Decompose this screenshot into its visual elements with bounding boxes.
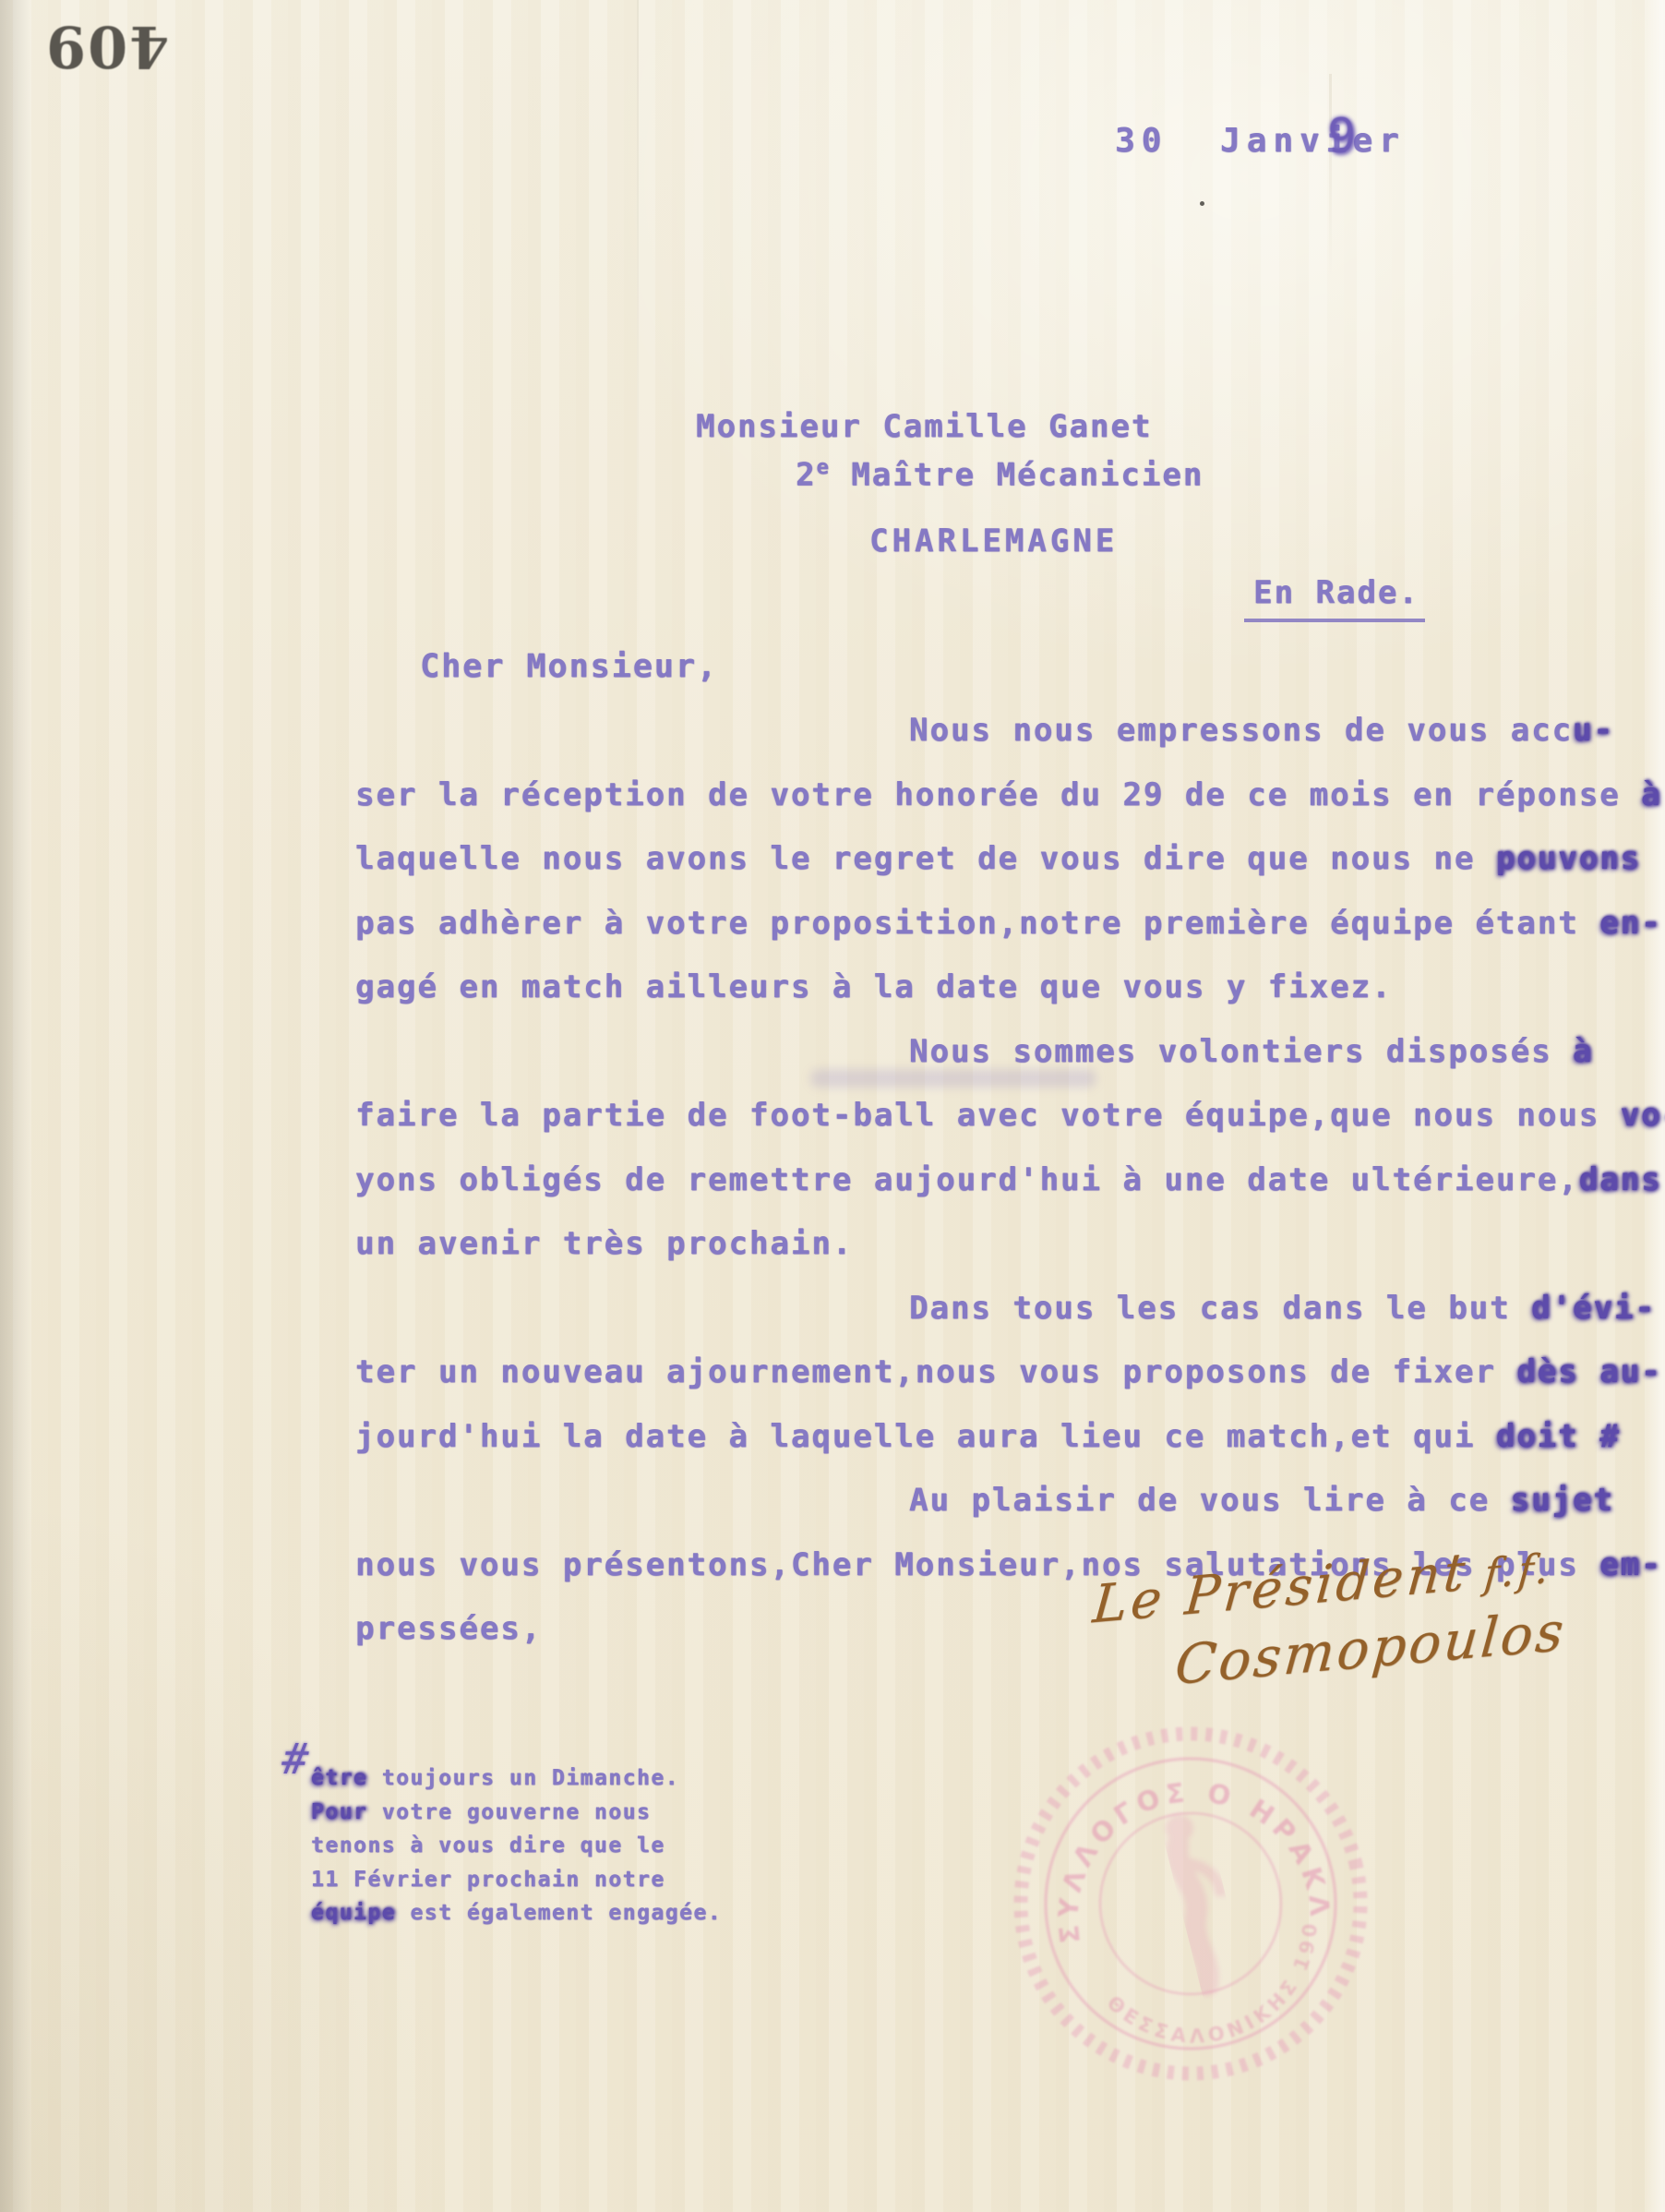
letter-page: 409 30 Janvier 9 Monsieur Camille Ganet …: [0, 0, 1665, 2212]
footnote: être toujours un Dimanche. Pour votre go…: [311, 1761, 722, 1930]
footnote-line: 11 Février prochain notre: [311, 1863, 722, 1897]
body-line: Nous nous empressons de vous accu-: [355, 699, 1665, 763]
body-line: Dans tous les cas dans le but d'évi-: [355, 1277, 1665, 1341]
footnote-line: équipe est également engagée.: [311, 1896, 722, 1930]
body-line: gagé en match ailleurs à la date que vou…: [355, 956, 1665, 1020]
body-line: ser la réception de votre honorée du 29 …: [355, 763, 1665, 828]
footnote-line: être toujours un Dimanche.: [311, 1761, 722, 1796]
stamp-graphic: ΣΥΛΛΟΓΟΣ Ο ΗΡΑΚΛΗΣ ΘΕΣΣΑΛΟΝΙΚΗΣ 1908: [955, 1668, 1425, 2138]
recipient-title: 2e Maître Mécanicien: [796, 456, 1204, 493]
footnote-line: tenons à vous dire que le: [311, 1829, 722, 1863]
ink-smudge: [810, 1069, 1096, 1088]
footnote-line: Pour votre gouverne nous: [311, 1796, 722, 1830]
ink-speck: [1200, 201, 1204, 206]
body-line: jourd'hui la date à laquelle aura lieu c…: [355, 1405, 1665, 1470]
paper-crease: [1329, 74, 1332, 277]
club-stamp: ΣΥΛΛΟΓΟΣ Ο ΗΡΑΚΛΗΣ ΘΕΣΣΑΛΟΝΙΚΗΣ 1908: [955, 1668, 1425, 2138]
body-line: laquelle nous avons le regret de vous di…: [355, 827, 1665, 892]
body-line: yons obligés de remettre aujourd'hui à u…: [355, 1148, 1665, 1213]
body-line: faire la partie de foot-ball avec votre …: [355, 1084, 1665, 1148]
body-line: pas adhèrer à votre proposition,notre pr…: [355, 892, 1665, 956]
footnote-marker: #: [279, 1734, 311, 1784]
body-line: un avenir très prochain.: [355, 1212, 1665, 1277]
recipient-location: En Rade.: [1244, 574, 1425, 611]
stamp-hercules-figure: [1163, 1809, 1242, 1986]
svg-text:ΣΥΛΛΟΓΟΣ Ο ΗΡΑΚΛΗΣ: ΣΥΛΛΟΓΟΣ Ο ΗΡΑΚΛΗΣ: [955, 1668, 1340, 2003]
body-line: ter un nouveau ajournement,nous vous pro…: [355, 1340, 1665, 1405]
scan-edge-left: [0, 0, 31, 2212]
recipient-ship: CHARLEMAGNE: [869, 523, 1118, 559]
letter-body: Nous nous empressons de vous accu- ser l…: [355, 699, 1665, 1662]
stamp-top-text: ΣΥΛΛΟΓΟΣ Ο ΗΡΑΚΛΗΣ: [955, 1668, 1340, 2003]
date-ink-mark: 9: [1327, 109, 1356, 164]
salutation: Cher Monsieur,: [420, 648, 718, 685]
recipient-name: Monsieur Camille Ganet: [696, 408, 1152, 445]
paper-crease: [637, 0, 639, 646]
body-line: Au plaisir de vous lire à ce sujet: [355, 1469, 1665, 1533]
folio-number: 409: [44, 13, 169, 80]
date-line: 30 Janvier: [1115, 122, 1406, 160]
